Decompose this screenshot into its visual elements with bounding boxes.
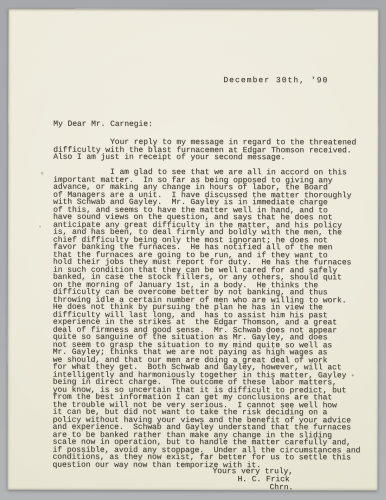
- letter-salutation: My Dear Mr. Carnegie:: [53, 121, 152, 129]
- letter-paragraph-1: Your reply to my message in regard to th…: [53, 139, 356, 162]
- paper-speck: [39, 226, 41, 228]
- scan-background: December 30th, '90 My Dear Mr. Carnegie:…: [0, 0, 386, 500]
- paper-speck: [352, 374, 354, 376]
- letter-date: December 30th, '90: [223, 77, 328, 85]
- signature-title: Chrn.: [269, 484, 293, 492]
- letter-paper: December 30th, '90 My Dear Mr. Carnegie:…: [7, 9, 378, 491]
- paper-speck: [41, 172, 43, 175]
- letter-paragraph-2: I am glad to see that we are all in acco…: [53, 169, 361, 470]
